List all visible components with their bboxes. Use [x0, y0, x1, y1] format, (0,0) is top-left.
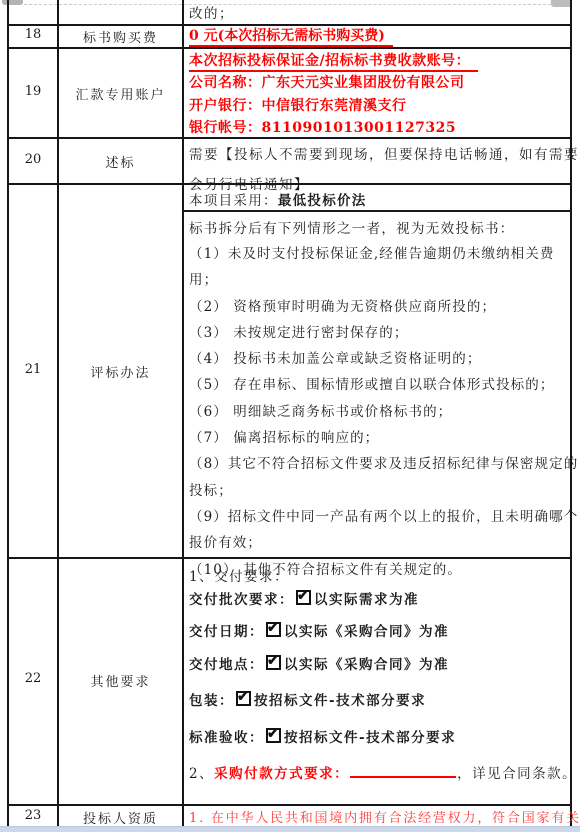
delivery-batch-line: 交付批次要求：以实际需求为准 — [189, 588, 580, 608]
invalid-item-7: （7） 偏离招标标的响应的； — [189, 425, 580, 451]
page-margin-marker-left — [2, 0, 23, 5]
checked-checkbox-icon — [266, 622, 281, 637]
bid-doc-fee-text: 0 元(本次招标无需标书购买费) — [189, 28, 393, 47]
invalid-item-1: （1）未及时支付投标保证金,经催告逾期仍未缴纳相关费用； — [189, 241, 580, 294]
invalid-item-6: （6） 明细缺乏商务标书或价格标书的； — [189, 399, 580, 425]
row-20-label: 述标 — [59, 152, 182, 171]
row-18-content: 0 元(本次招标无需标书购买费) — [189, 25, 580, 45]
row-21-number: 21 — [9, 362, 57, 377]
packaging-line: 包装：按招标文件-技术部分要求 — [189, 689, 580, 709]
company-name-line: 公司名称：广东天元实业集团股份有限公司 — [189, 72, 580, 94]
checked-checkbox-icon — [296, 590, 311, 605]
checked-checkbox-icon — [266, 655, 281, 670]
payment-suffix: ，详见合同条款。 — [457, 766, 577, 782]
checked-checkbox-icon — [236, 691, 251, 706]
row-23-label: 投标人资质 — [59, 808, 182, 827]
row-18-label: 标书购买费 — [59, 27, 182, 46]
row-22-label: 其他要求 — [59, 671, 182, 690]
method-prefix: 本项目采用： — [189, 193, 278, 209]
row-21-label: 评标办法 — [59, 362, 182, 381]
invalid-item-4: （4） 投标书未加盖公章或缺乏资格证明的； — [189, 346, 580, 372]
acceptance-standard-line: 标准验收：按招标文件-技术部分要求 — [189, 726, 580, 746]
invalid-bid-items: （1）未及时支付投标保证金,经催告逾期仍未缴纳相关费用； （2） 资格预审时明确… — [189, 241, 580, 583]
table-border-col2 — [182, 0, 184, 826]
invalid-item-3: （3） 未按规定进行密封保存的； — [189, 320, 580, 346]
invalid-bid-intro: 标书拆分后有下列情形之一者，视为无效投标书： — [189, 217, 580, 237]
row-23-number: 23 — [9, 808, 57, 823]
table-border-col1 — [57, 0, 59, 826]
invalid-item-2: （2） 资格预审时明确为无资格供应商所投的； — [189, 294, 580, 320]
table-subdivider-row21 — [182, 210, 572, 212]
payment-label: 采购付款方式要求： — [214, 766, 349, 782]
bottom-window-edge — [0, 826, 580, 832]
checked-checkbox-icon — [266, 728, 281, 743]
delivery-date-line: 交付日期：以实际《采购合同》为准 — [189, 620, 580, 640]
row-19-number: 19 — [9, 84, 57, 99]
row-23-content: 1. 在中华人民共和国境内拥有合法经营权力，符合国家有关 — [189, 807, 580, 826]
blank-underline — [350, 764, 456, 778]
payment-method-line: 2、采购付款方式要求：，详见合同条款。 — [189, 762, 580, 782]
table-border-row19-top — [7, 47, 572, 49]
account-headline: 本次招标投标保证金/招标标书费收款账号： — [189, 50, 580, 72]
table-border-left — [7, 0, 9, 826]
row-22-number: 22 — [9, 671, 57, 686]
invalid-item-5: （5） 存在串标、围标情形或擅自以联合体形式投标的； — [189, 372, 580, 398]
invalid-item-9: （9）招标文件中同一产品有两个以上的报价，且未明确哪个 报价有效； — [189, 504, 580, 557]
bank-account-line: 银行帐号：8110901013001127325 — [189, 117, 580, 139]
payment-prefix: 2、 — [189, 766, 214, 782]
table-cell-partial-text: 改的； — [189, 2, 580, 22]
table-border-row23-top — [7, 804, 572, 806]
row-19-content: 本次招标投标保证金/招标标书费收款账号： 公司名称：广东天元实业集团股份有限公司… — [189, 50, 580, 140]
evaluation-method-line: 本项目采用：最低投标价法 — [189, 189, 580, 209]
row-20-number: 20 — [9, 152, 57, 167]
invalid-item-8: （8）其它不符合招标文件要求及违反招标纪律与保密规定的 投标； — [189, 451, 580, 504]
delivery-requirements-title: 1、交付要求： — [189, 565, 580, 585]
row-18-number: 18 — [9, 27, 57, 42]
bank-branch-line: 开户银行：中信银行东莞清溪支行 — [189, 95, 580, 117]
row-19-label: 汇款专用账户 — [59, 84, 182, 103]
delivery-place-line: 交付地点：以实际《采购合同》为准 — [189, 653, 580, 673]
document-page: 改的； 18 标书购买费 0 元(本次招标无需标书购买费) 19 汇款专用账户 … — [0, 0, 580, 832]
method-value: 最低投标价法 — [278, 193, 367, 209]
